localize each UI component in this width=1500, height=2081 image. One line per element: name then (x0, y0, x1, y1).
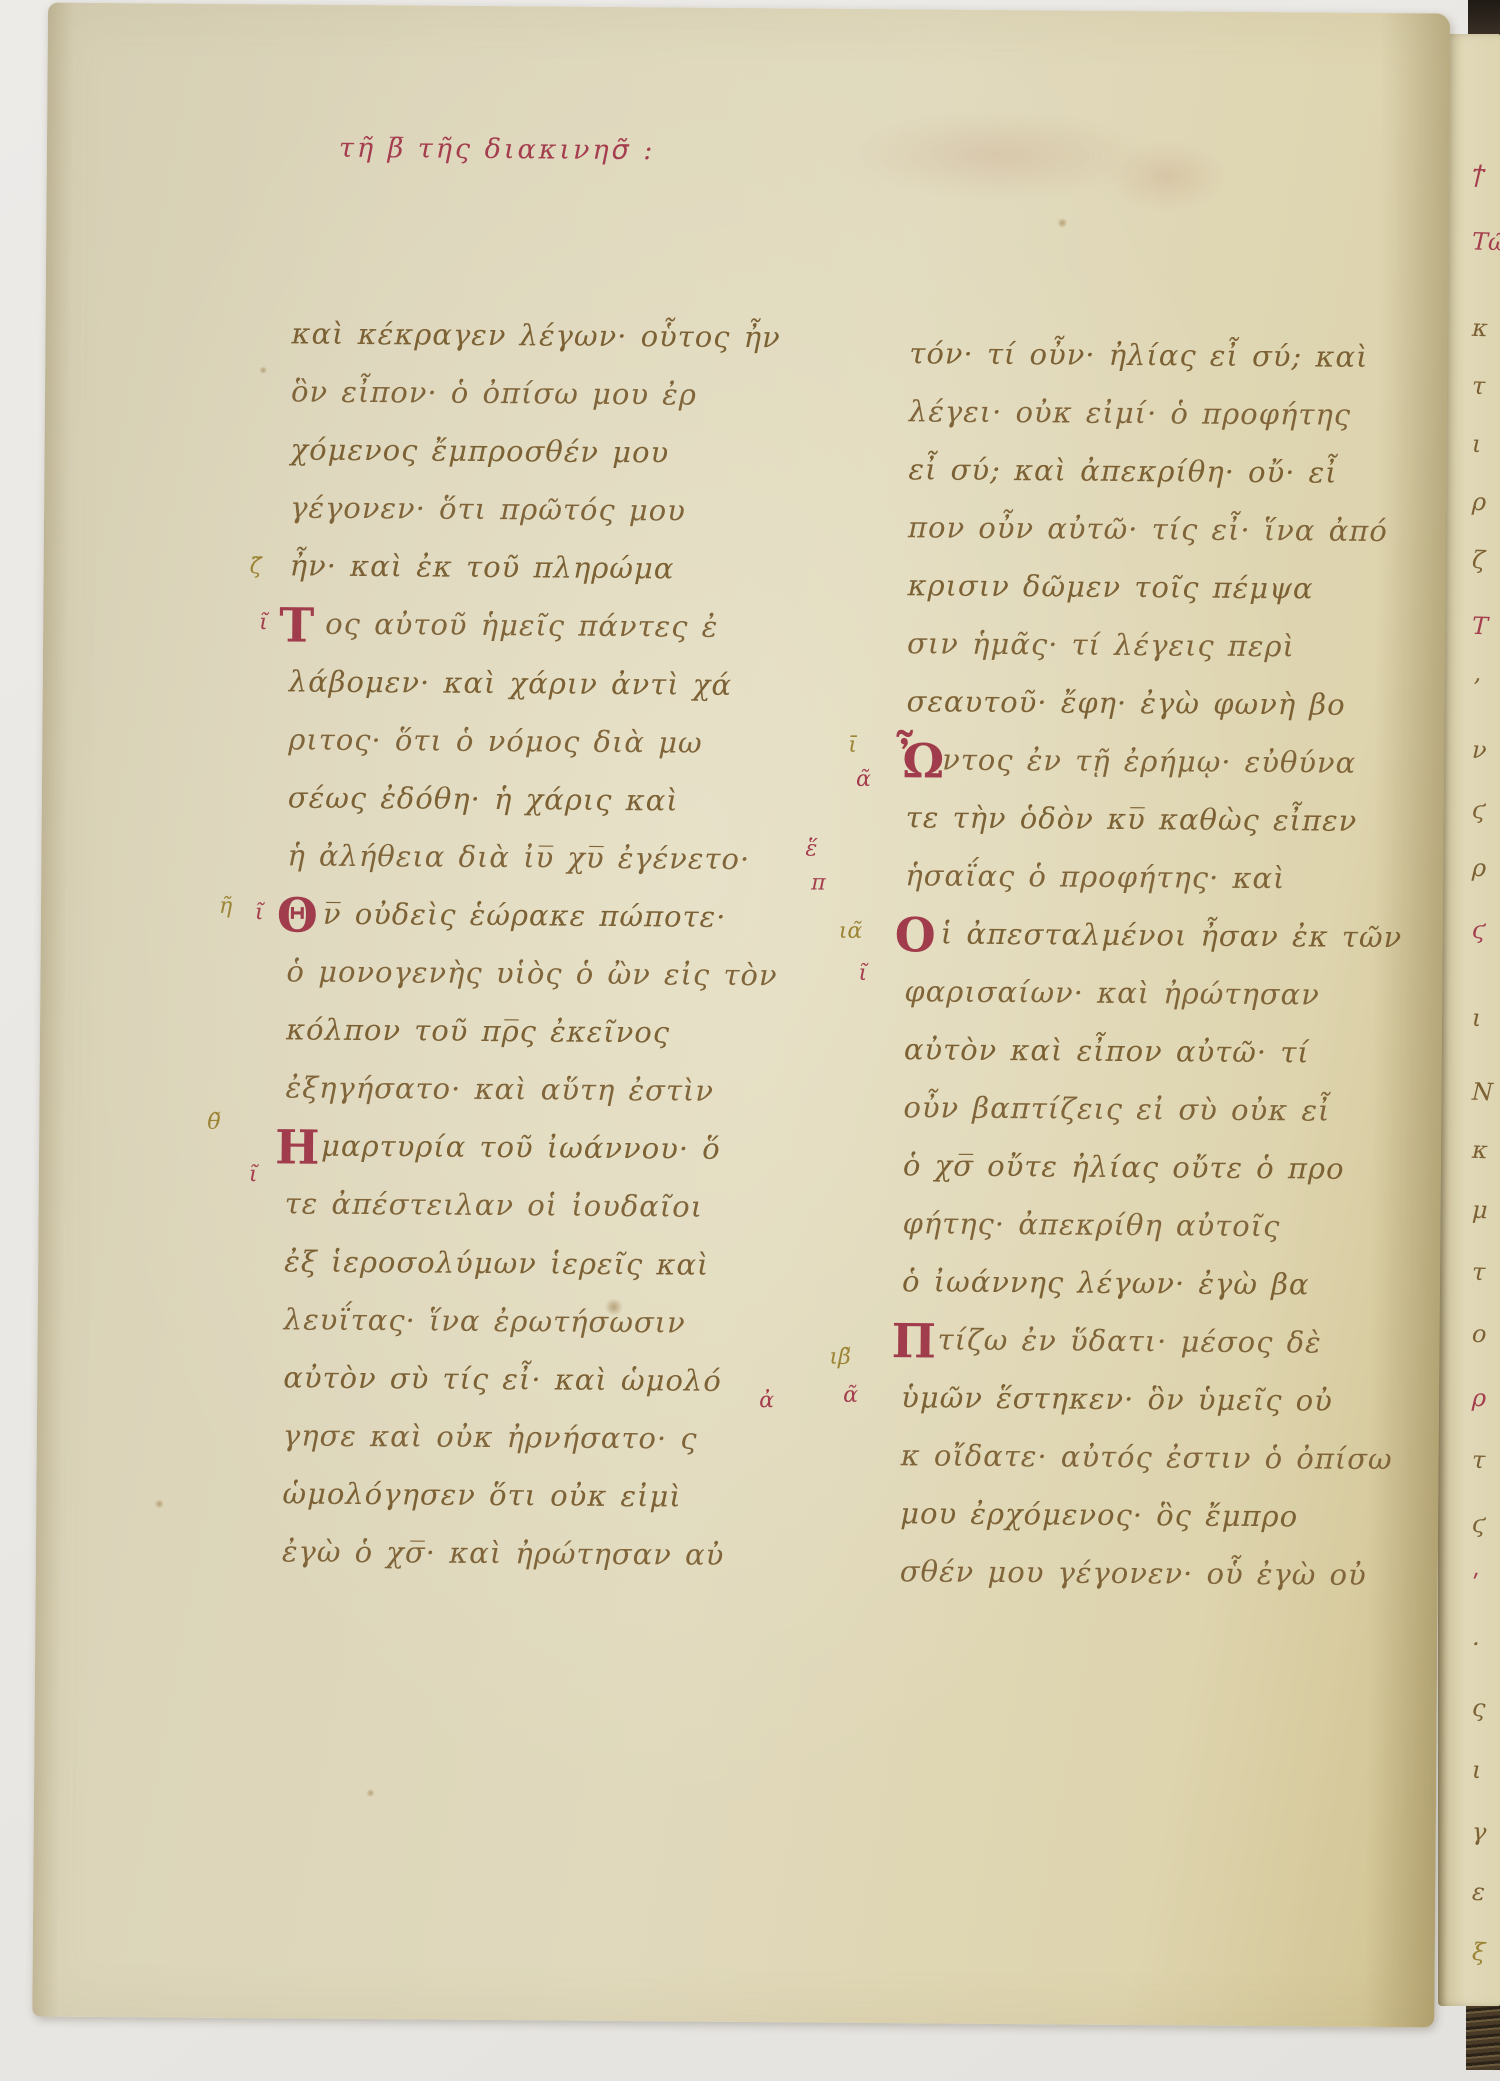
rubric-initial: Θ (277, 901, 323, 931)
line-text: φήτης· ἀπεκρίθη αὐτοῖς (902, 1206, 1280, 1243)
edge-text-fragment: ν (1472, 738, 1487, 762)
edge-text-fragment: κ (1472, 316, 1489, 341)
line-text: ὁ ἰωάννης λέγων· ἐγὼ βα (902, 1264, 1310, 1301)
line-text: ριτος· ὅτι ὁ νόμος διὰ μω (288, 722, 703, 759)
edge-text-fragment: ϛ (1472, 918, 1486, 942)
edge-text-fragment: κ (1472, 1138, 1489, 1163)
edge-text-fragment: τ (1472, 1448, 1486, 1472)
line-text: χόμενος ἔμπροσθέν μου (290, 432, 669, 469)
line-text: σθέν μου γέγονεν· οὗ ἐγὼ οὐ (900, 1554, 1367, 1592)
column-left: καὶ κέκραγεν λέγων· οὗτος ἦνὃν εἶπον· ὁ … (282, 304, 832, 1584)
text-line: Ημαρτυρία τοῦ ἰωάννου· ὅ (285, 1116, 825, 1178)
text-line: σεαυτοῦ· ἔφη· ἐγὼ φωνὴ βο (906, 672, 1446, 734)
foxing-spot (366, 1789, 375, 1797)
text-line: χόμενος ἔμπροσθέν μου (290, 420, 830, 482)
line-text: τε τὴν ὁδὸν κυ̅ καθὼς εἶπεν (906, 800, 1358, 838)
foxing-spot (154, 1499, 164, 1508)
line-text: ὃν εἶπον· ὁ ὀπίσω μου ἐρ (291, 374, 697, 411)
text-line: σέως ἐδόθη· ἡ χάρις καὶ (288, 768, 828, 830)
line-text: ἡ ἀλήθεια διὰ ἰυ̅ χυ̅ ἐγένετο· (287, 838, 750, 876)
text-line: ἐξηγήσατο· καὶ αὕτη ἐστὶν (285, 1058, 825, 1120)
text-line: κόλπον τοῦ πρ̅ς ἐκεῖνος (286, 1000, 826, 1062)
manuscript-page: τῆ β̅ τῆς διακινησ͂ : καὶ κέκραγεν λέγων… (32, 3, 1450, 2028)
edge-text-fragment: ρ (1472, 1386, 1487, 1410)
text-line: Οἱ ἀπεσταλμένοι ἦσαν ἐκ τῶν (905, 904, 1445, 966)
offset-ghost-smudge (847, 109, 1148, 201)
text-line: ἡ ἀλήθεια διὰ ἰυ̅ χυ̅ ἐγένετο· (287, 826, 827, 888)
text-line: ριτος· ὅτι ὁ νόμος διὰ μω (288, 710, 828, 772)
edge-text-fragment: ϯ (1472, 162, 1486, 186)
text-line: τε ἀπέστειλαν οἱ ἰουδαῖοι (284, 1174, 824, 1236)
text-line: λέγει· οὐκ εἰμί· ὁ προφήτης (909, 382, 1449, 444)
text-line: ὁ μονογενὴς υἱὸς ὁ ὢν εἰς τὸν (286, 942, 826, 1004)
margin-canon-number: π (811, 873, 826, 895)
rubric-initial: Π (891, 1327, 937, 1357)
edge-text-fragment: ζ (1472, 548, 1486, 572)
text-line: ἡσαΐας ὁ προφήτης· καὶ (905, 846, 1445, 908)
line-text: αὐτὸν σὺ τίς εἶ· καὶ ὡμολό (283, 1360, 722, 1397)
rubric-initial: Ο (895, 921, 941, 951)
text-line: καὶ κέκραγεν λέγων· οὗτος ἦν (291, 304, 831, 366)
edge-text-fragment: ʹ (1472, 1572, 1480, 1596)
line-text: αὐτὸν καὶ εἶπον αὐτῶ· τί (904, 1032, 1310, 1069)
text-line: ὡμολόγησεν ὅτι οὐκ εἰμὶ (282, 1464, 822, 1526)
foxing-spot (259, 366, 267, 374)
line-text: γησε καὶ οὐκ ἠρνήσατο· ς (283, 1418, 698, 1455)
edge-text-fragment: Ν (1472, 1080, 1494, 1105)
text-line: κρισιν δῶμεν τοῖς πέμψα (907, 556, 1447, 618)
text-line: ἐγὼ ὁ χσ̅· καὶ ἠρώτησαν αὐ (282, 1522, 822, 1584)
line-text: ὁ μονογενὴς υἱὸς ὁ ὢν εἰς τὸν (286, 954, 777, 992)
text-line: τε τὴν ὁδὸν κυ̅ καθὼς εἶπεν (905, 788, 1445, 850)
edge-text-fragment: ʼ (1472, 676, 1480, 700)
text-line: Θν̅ οὐδεὶς ἑώρακε πώποτε· (287, 884, 827, 946)
edge-text-fragment: ι (1472, 1758, 1482, 1782)
margin-section-number: ια̃ (839, 921, 863, 943)
edge-text-fragment: ς (1472, 1696, 1486, 1720)
edge-text-fragment: ι (1472, 1006, 1482, 1030)
edge-text-fragment: ι (1472, 432, 1482, 456)
text-line: γέγονεν· ὅτι πρῶτός μου (290, 478, 830, 540)
line-text: πον οὖν αὐτῶ· τίς εἶ· ἵνα ἀπό (908, 510, 1388, 548)
margin-section-number: ῑ (848, 735, 857, 757)
text-line: Ὦντος ἐν τῇ ἐρήμῳ· εὐθύνα (906, 730, 1446, 792)
line-text: εἶ σύ; καὶ ἀπεκρίθη· οὔ· εἶ (908, 452, 1337, 489)
text-line: σθέν μου γέγονεν· οὗ ἐγὼ οὐ (900, 1542, 1440, 1604)
margin-section-number: η̃ (219, 896, 232, 918)
text-line: μου ἐρχόμενος· ὃς ἔμπρο (900, 1484, 1440, 1546)
margin-canon-number: ῖ (858, 963, 867, 985)
binding-edge-bottom (1466, 1996, 1500, 2070)
text-line: τόν· τί οὖν· ἠλίας εἶ σύ; καὶ (909, 324, 1449, 386)
line-text: τόν· τί οὖν· ἠλίας εἶ σύ; καὶ (909, 336, 1368, 374)
line-text: μαρτυρία τοῦ ἰωάννου· ὅ (321, 1129, 721, 1166)
line-text: καὶ κέκραγεν λέγων· οὗτος ἦν (291, 316, 780, 354)
margin-canon-number: ῖ (255, 902, 264, 924)
edge-text-fragment: τ (1472, 1260, 1486, 1284)
edge-text-fragment: ο (1472, 1322, 1487, 1346)
line-text: κόλπον τοῦ πρ̅ς ἐκεῖνος (286, 1012, 670, 1049)
edge-text-fragment: Τ (1472, 614, 1489, 639)
text-line: αὐτὸν καὶ εἶπον αὐτῶ· τί (904, 1020, 1444, 1082)
line-text: ἐγὼ ὁ χσ̅· καὶ ἠρώτησαν αὐ (282, 1534, 725, 1571)
line-text: ὡμολόγησεν ὅτι οὐκ εἰμὶ (282, 1476, 682, 1513)
edge-text-fragment: ρ (1472, 856, 1487, 880)
margin-canon-number: ᾶ (856, 769, 871, 791)
margin-canon-number: ῖ (259, 612, 268, 634)
text-line: πον οὖν αὐτῶ· τίς εἶ· ἵνα ἀπό (908, 498, 1448, 560)
line-text: ἐξ ἱεροσολύμων ἱερεῖς καὶ (284, 1244, 709, 1281)
edge-text-fragment: μ (1472, 1198, 1488, 1223)
edge-text-fragment: ε (1472, 1880, 1486, 1904)
text-line: ὁ ἰωάννης λέγων· ἐγὼ βα (902, 1252, 1442, 1314)
margin-section-number: ιβ̃ (829, 1347, 851, 1369)
margin-section-number: θ̃ (207, 1112, 220, 1134)
text-line: λευΐτας· ἵνα ἐρωτήσωσιν (284, 1290, 824, 1352)
text-line: ἦν· καὶ ἐκ τοῦ πληρώμα (289, 536, 829, 598)
line-text: λέγει· οὐκ εἰμί· ὁ προφήτης (909, 394, 1351, 431)
line-text: ν̅ οὐδεὶς ἑώρακε πώποτε· (323, 897, 727, 934)
offset-ghost-smudge (1106, 141, 1227, 212)
text-line: φαρισαίων· καὶ ἠρώτησαν (904, 962, 1444, 1024)
line-text: οὖν βαπτίζεις εἰ σὺ οὐκ εἶ (903, 1090, 1330, 1127)
line-text: σέως ἐδόθη· ἡ χάρις καὶ (288, 780, 679, 817)
text-line: φήτης· ἀπεκρίθη αὐτοῖς (902, 1194, 1442, 1256)
line-text: ὁ χσ̅ οὔτε ἠλίας οὔτε ὁ προ (903, 1148, 1345, 1185)
line-text: ἱ ἀπεσταλμένοι ἦσαν ἐκ τῶν (941, 917, 1403, 955)
text-line: κ οἴδατε· αὐτός ἐστιν ὁ ὀπίσω (900, 1426, 1440, 1488)
text-line: εἶ σύ; καὶ ἀπεκρίθη· οὔ· εἶ (908, 440, 1448, 502)
line-text: λευΐτας· ἵνα ἐρωτήσωσιν (284, 1302, 686, 1339)
line-text: φαρισαίων· καὶ ἠρώτησαν (904, 974, 1320, 1011)
edge-text-fragment: γ (1472, 1820, 1487, 1844)
line-text: τίζω ἐν ὕδατι· μέσος δὲ (937, 1323, 1321, 1360)
lection-rubric: τῆ β̅ τῆς διακινησ͂ : (339, 133, 656, 166)
text-line: λάβομεν· καὶ χάριν ἀντὶ χά (289, 652, 829, 714)
margin-canon-number: ἕ (805, 838, 817, 860)
edge-text-fragment: ϛ (1472, 798, 1486, 822)
edge-text-fragment: Τῶ (1472, 229, 1500, 254)
line-text: τε ἀπέστειλαν οἱ ἰουδαῖοι (285, 1186, 704, 1223)
margin-canon-number: ἀ (759, 1390, 774, 1412)
text-line: γησε καὶ οὐκ ἠρνήσατο· ς (283, 1406, 823, 1468)
line-text: σεαυτοῦ· ἔφη· ἐγὼ φωνὴ βο (907, 684, 1346, 721)
rubric-initial: Η (275, 1133, 321, 1163)
rubric-initial: Ὦ (896, 747, 942, 777)
foxing-spot (604, 1299, 624, 1315)
edge-text-fragment: ρ (1472, 490, 1487, 514)
text-line: Πτίζω ἐν ὕδατι· μέσος δὲ (901, 1310, 1441, 1372)
line-text: λάβομεν· καὶ χάριν ἀντὶ χά (289, 664, 733, 701)
line-text: μου ἐρχόμενος· ὃς ἔμπρο (900, 1496, 1298, 1533)
text-line: ἐξ ἱεροσολύμων ἱερεῖς καὶ (284, 1232, 824, 1294)
line-text: κ οἴδατε· αὐτός ἐστιν ὁ ὀπίσω (901, 1438, 1393, 1476)
foxing-spot (1056, 218, 1068, 227)
margin-section-number: ζ̃ (250, 556, 262, 578)
line-text: κρισιν δῶμεν τοῖς πέμψα (907, 568, 1313, 605)
line-text: γέγονεν· ὅτι πρῶτός μου (290, 490, 686, 527)
edge-text-fragment: ξ (1472, 1940, 1486, 1964)
line-text: ος αὐτοῦ ἡμεῖς πάντες ἐ (325, 607, 718, 644)
text-line: ὃν εἶπον· ὁ ὀπίσω μου ἐρ (291, 362, 831, 424)
line-text: ντος ἐν τῇ ἐρήμῳ· εὐθύνα (942, 743, 1356, 780)
edge-text-fragment: ϛ (1472, 1512, 1486, 1536)
margin-canon-number: ᾶ (843, 1385, 858, 1407)
margin-canon-number: ῖ (249, 1164, 258, 1186)
line-text: ἐξηγήσατο· καὶ αὕτη ἐστὶν (285, 1070, 714, 1107)
line-text: σιν ἡμᾶς· τί λέγεις περὶ (907, 626, 1295, 663)
rubric-initial: Τ (279, 611, 325, 641)
text-line: αὐτὸν σὺ τίς εἶ· καὶ ὡμολό (283, 1348, 823, 1410)
edge-text-fragment: · (1472, 1632, 1480, 1656)
text-line: οὖν βαπτίζεις εἰ σὺ οὐκ εἶ (903, 1078, 1443, 1140)
text-line: σιν ἡμᾶς· τί λέγεις περὶ (907, 614, 1447, 676)
column-right: τόν· τί οὖν· ἠλίας εἶ σύ; καὶλέγει· οὐκ … (900, 324, 1450, 1604)
line-text: ἦν· καὶ ἐκ τοῦ πληρώμα (290, 548, 675, 585)
line-text: ὑμῶν ἕστηκεν· ὃν ὑμεῖς οὐ (901, 1380, 1333, 1417)
text-line: Τος αὐτοῦ ἡμεῖς πάντες ἐ (289, 594, 829, 656)
manuscript-photo: ϯΤῶκτιρζΤʼνϛρϛιΝκμτορτϛʹ·ςιγεξ τῆ β̅ τῆς… (0, 0, 1500, 2081)
edge-text-fragment: τ (1472, 374, 1486, 398)
text-line: ὁ χσ̅ οὔτε ἠλίας οὔτε ὁ προ (903, 1136, 1443, 1198)
line-text: ἡσαΐας ὁ προφήτης· καὶ (905, 858, 1285, 895)
text-line: ὑμῶν ἕστηκεν· ὃν ὑμεῖς οὐ (901, 1368, 1441, 1430)
